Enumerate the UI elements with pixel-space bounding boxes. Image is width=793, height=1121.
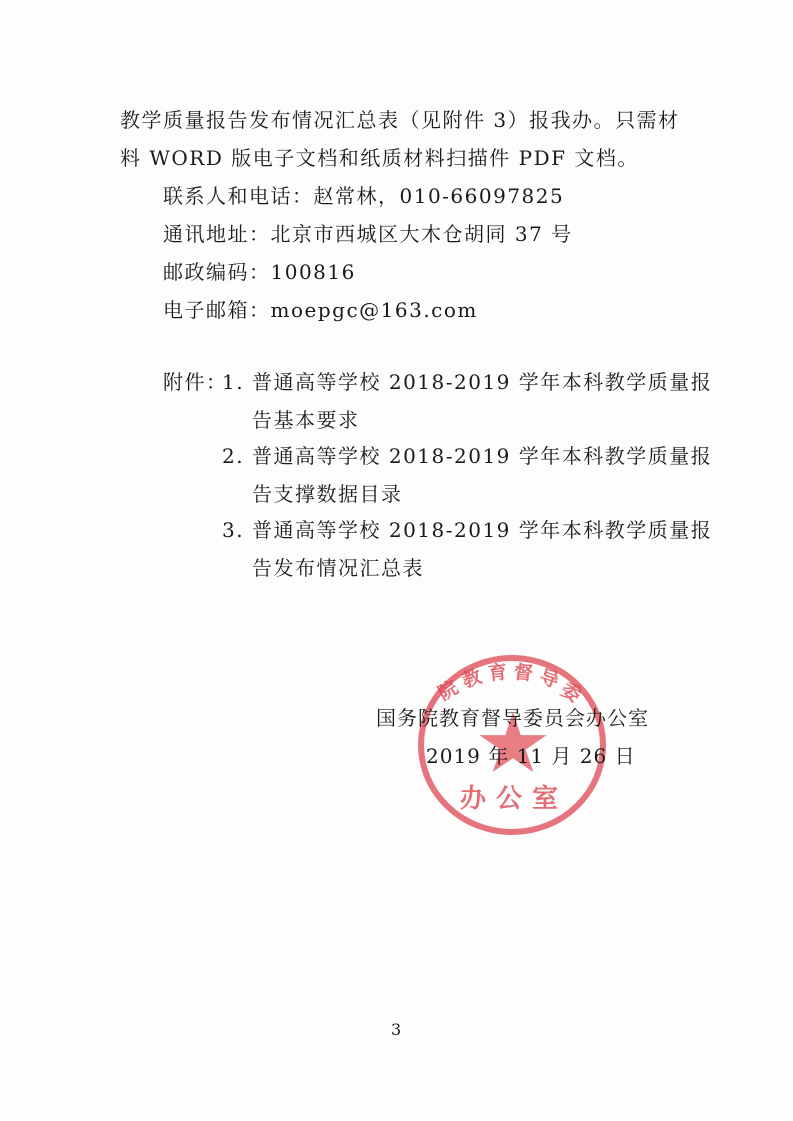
attachments-label: 附件： bbox=[163, 370, 228, 394]
attachment-1-title-line1: 普通高等学校 2018-2019 学年本科教学质量报 bbox=[252, 370, 712, 394]
attachment-1-number: 1. bbox=[222, 370, 244, 394]
attachment-2-title-line1: 普通高等学校 2018-2019 学年本科教学质量报 bbox=[252, 444, 712, 468]
paragraph-line-2: 料 WORD 版电子文档和纸质材料扫描件 PDF 文档。 bbox=[120, 146, 639, 170]
paragraph-line-1: 教学质量报告发布情况汇总表（见附件 3）报我办。只需材 bbox=[120, 108, 680, 132]
attachment-3-title-line2: 告发布情况汇总表 bbox=[252, 556, 424, 580]
seal-arc-char: 育 bbox=[487, 657, 509, 686]
attachment-1-title-line2: 告基本要求 bbox=[252, 408, 360, 432]
signing-date: 2019 年 11 月 26 日 bbox=[426, 744, 636, 768]
contact-phone: 联系人和电话：赵常林，010-66097825 bbox=[163, 184, 564, 208]
signing-organization: 国务院教育督导委员会办公室 bbox=[376, 706, 649, 730]
page-number: 3 bbox=[391, 1020, 401, 1039]
contact-address: 通讯地址：北京市西城区大木仓胡同 37 号 bbox=[163, 222, 573, 246]
contact-postcode: 邮政编码：100816 bbox=[163, 260, 356, 284]
attachment-3-title-line1: 普通高等学校 2018-2019 学年本科教学质量报 bbox=[252, 518, 712, 542]
attachment-3-number: 3. bbox=[222, 518, 244, 542]
seal-bottom-text: 办公室 bbox=[460, 778, 568, 815]
attachment-2-title-line2: 告支撑数据目录 bbox=[252, 482, 403, 506]
attachment-2-number: 2. bbox=[222, 444, 244, 468]
seal-arc-char: 督 bbox=[513, 657, 535, 686]
contact-email: 电子邮箱：moepgc@163.com bbox=[163, 298, 478, 322]
